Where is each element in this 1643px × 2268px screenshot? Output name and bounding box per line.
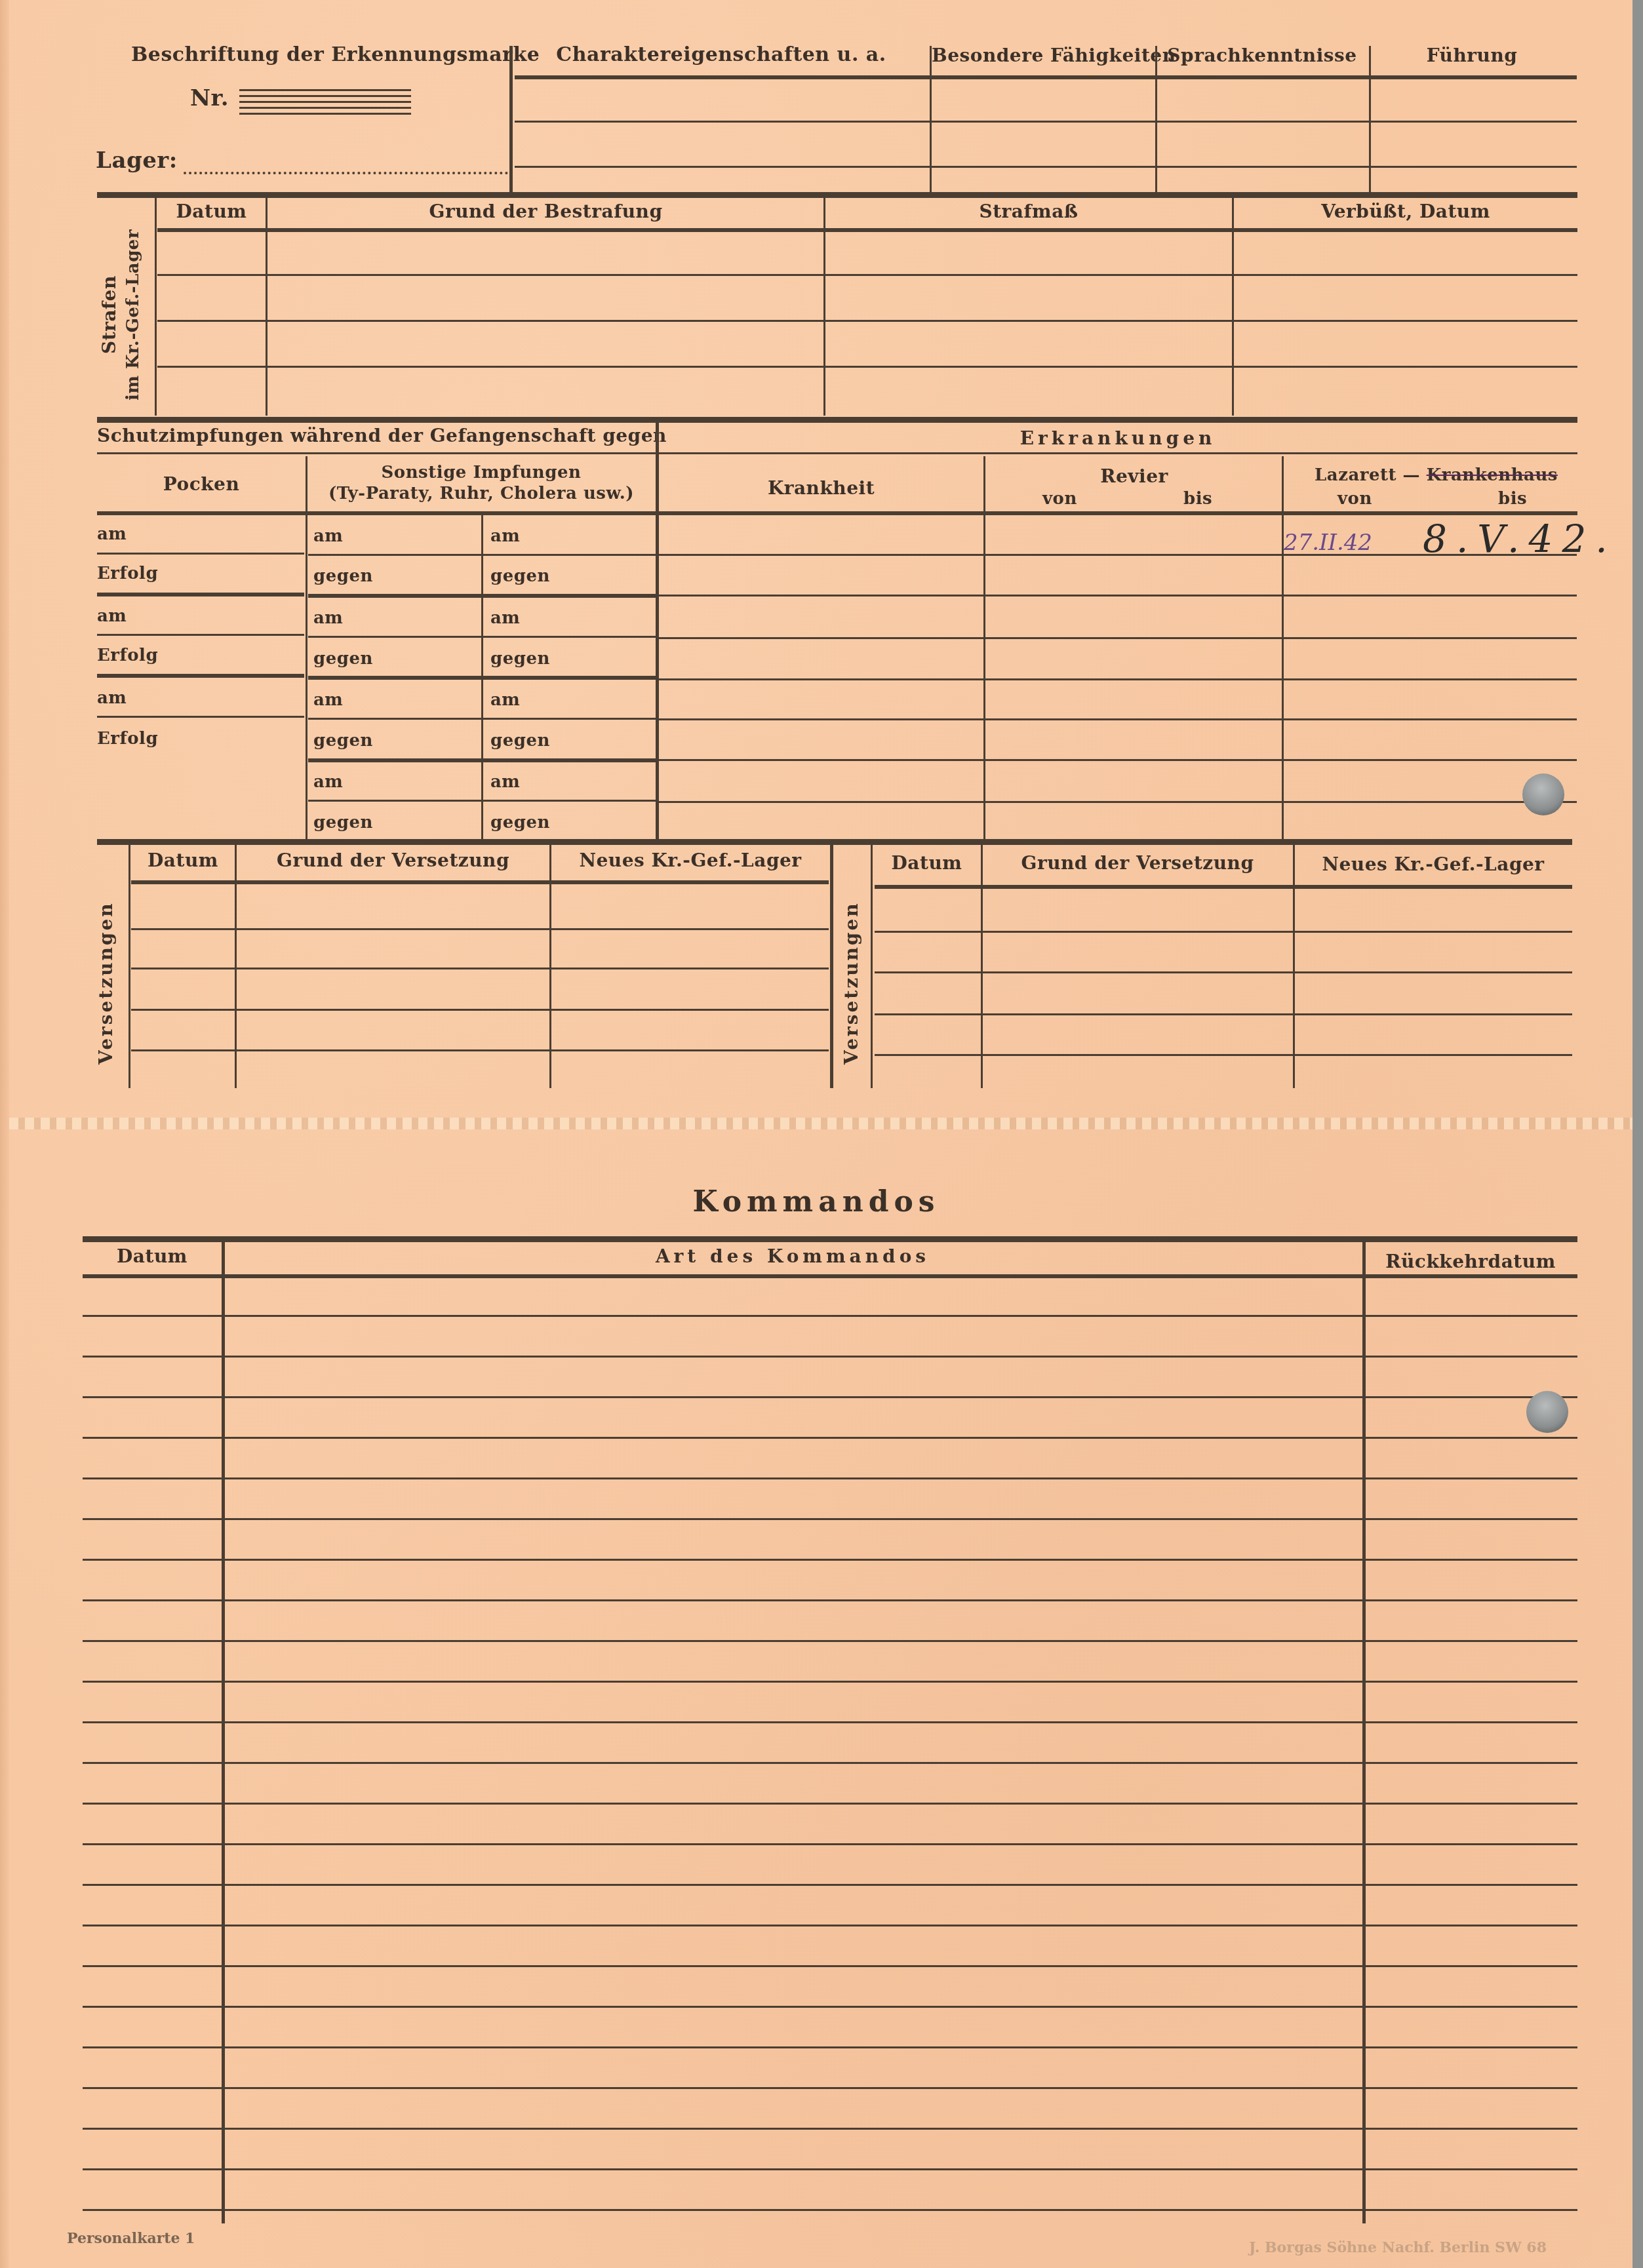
col-sonstige-impfungen-sub: (Ty-Paraty, Ruhr, Cholera usw.) <box>308 484 654 503</box>
kommandos-row-rule <box>83 2087 1577 2089</box>
rule <box>308 676 656 680</box>
col-pocken: Pocken <box>97 473 306 495</box>
kommandos-row-rule <box>83 2046 1577 2048</box>
pocken-erfolg-2: Erfolg <box>97 646 158 665</box>
strafen-table-body[interactable] <box>157 232 1577 414</box>
sonstige-a-gegen-3: gegen <box>313 731 373 751</box>
kommandos-row-rule <box>83 1396 1577 1398</box>
kommandos-row-rule <box>83 1721 1577 1723</box>
col-lazarett: Lazarett — Krankenhaus <box>1315 465 1558 485</box>
pocken-erfolg-3: Erfolg <box>97 729 158 749</box>
rule <box>308 718 656 720</box>
rule <box>308 800 656 802</box>
rule <box>97 674 304 678</box>
col-header-charakter: Charaktereigenschaften u. a. <box>511 43 931 66</box>
versetz-right-col-grund: Grund der Versetzung <box>983 852 1292 874</box>
sonstige-b-gegen-3: gegen <box>490 731 550 751</box>
scan-background-edge <box>1633 0 1643 2268</box>
charakter-field[interactable] <box>515 79 928 190</box>
kommandos-row-rule <box>83 1518 1577 1520</box>
divider <box>509 46 513 193</box>
kommandos-row-rule <box>83 2209 1577 2211</box>
sonstige-b-am-1: am <box>490 526 520 546</box>
versetz-right-col-datum: Datum <box>873 852 980 874</box>
revier-bis: bis <box>1183 489 1212 509</box>
rule <box>97 553 304 555</box>
kommandos-row-rule <box>83 1477 1577 1479</box>
kommandos-col-art: Art des Kommandos <box>224 1245 1361 1267</box>
versetzungen-side-label-right: Versetzungen <box>841 898 862 1068</box>
sonstige-a-am-2: am <box>313 608 343 628</box>
col-header-fuehrung: Führung <box>1370 45 1574 66</box>
impfungen-title: Schutzimpfungen während der Gefangenscha… <box>97 425 656 446</box>
versetz-left-col-datum: Datum <box>131 850 235 871</box>
kommandos-row-rule <box>83 1762 1577 1764</box>
punch-hole <box>1526 1391 1568 1433</box>
divider <box>830 844 832 1088</box>
kommandos-title: Kommandos <box>0 1185 1633 1219</box>
sonstige-b-gegen-4: gegen <box>490 813 550 832</box>
section-rule <box>83 1236 1577 1242</box>
divider <box>871 844 873 1088</box>
kommandos-row-rule <box>83 1681 1577 1683</box>
sonstige-b-am-2: am <box>490 608 520 628</box>
handwritten-lazarett-bis: 8.V.42. <box>1423 517 1617 561</box>
divider <box>1155 46 1157 193</box>
nr-label: Nr. <box>190 85 229 111</box>
divider <box>129 844 130 1088</box>
versetzungen-left-table-body[interactable] <box>131 885 829 1087</box>
printer-imprint: J. Borgas Söhne Nachf. Berlin SW 68 <box>1249 2239 1547 2256</box>
rule <box>97 593 304 596</box>
kommandos-row-rule <box>83 1884 1577 1886</box>
rule <box>308 758 656 762</box>
sonstige-a-am-1: am <box>313 526 343 546</box>
paper-edge-left <box>0 0 9 2268</box>
lager-label: Lager: <box>96 147 178 174</box>
kommandos-row-rule <box>83 1356 1577 1358</box>
kommandos-row-rule <box>83 2168 1577 2170</box>
col-header-faehigkeiten: Besondere Fähigkeiten <box>932 45 1155 66</box>
kommandos-row-rule <box>83 1437 1577 1439</box>
punch-hole <box>1522 773 1564 815</box>
kommandos-row-rule <box>83 1925 1577 1926</box>
kommandos-row-rule <box>83 2006 1577 2008</box>
sprachkenntnisse-field[interactable] <box>1159 79 1368 190</box>
section-rule <box>97 417 1577 423</box>
revier-von: von <box>1042 489 1077 509</box>
krankenhaus-struck-text: Krankenhaus <box>1427 465 1558 485</box>
divider <box>155 198 157 416</box>
col-sonstige-impfungen: Sonstige Impfungen <box>308 463 654 482</box>
col-krankheit: Krankheit <box>659 477 983 499</box>
versetz-left-col-grund: Grund der Versetzung <box>237 850 549 871</box>
divider <box>1369 46 1371 193</box>
sonstige-b-am-4: am <box>490 772 520 792</box>
lazarett-bis: bis <box>1498 489 1527 509</box>
kommandos-row-rule <box>83 1559 1577 1561</box>
pocken-erfolg-1: Erfolg <box>97 564 158 583</box>
sonstige-b-gegen-1: gegen <box>490 566 550 586</box>
erkrankungen-table-body[interactable] <box>659 515 1577 838</box>
section-rule <box>97 192 1577 198</box>
form-number: Personalkarte 1 <box>67 2230 195 2247</box>
kommandos-table-body[interactable] <box>79 1278 1580 2222</box>
sonstige-a-gegen-4: gegen <box>313 813 373 832</box>
lager-field[interactable] <box>184 172 508 174</box>
faehigkeiten-field[interactable] <box>934 79 1154 190</box>
kommandos-col-rueckkehr: Rückkehrdatum <box>1365 1251 1576 1272</box>
fuehrung-field[interactable] <box>1373 79 1576 190</box>
versetzungen-right-table-body[interactable] <box>875 889 1572 1087</box>
sonstige-a-am-3: am <box>313 690 343 710</box>
sonstige-a-am-4: am <box>313 772 343 792</box>
lazarett-von: von <box>1337 489 1372 509</box>
section-rule <box>97 839 1572 845</box>
handwritten-lazarett-von: 27.II.42 <box>1284 530 1372 556</box>
sonstige-b-am-3: am <box>490 690 520 710</box>
divider <box>930 46 932 193</box>
rule <box>308 594 656 598</box>
versetz-left-col-lager: Neues Kr.-Gef.-Lager <box>552 850 829 871</box>
sonstige-a-gegen-1: gegen <box>313 566 373 586</box>
versetz-right-col-lager: Neues Kr.-Gef.-Lager <box>1296 853 1571 875</box>
strafen-col-grund: Grund der Bestrafung <box>269 201 823 222</box>
erkrankungen-title: Erkrankungen <box>659 427 1577 449</box>
kommandos-row-rule <box>83 1843 1577 1845</box>
kommandos-row-rule <box>83 1803 1577 1805</box>
col-revier: Revier <box>987 465 1282 487</box>
kommandos-row-rule <box>83 1315 1577 1317</box>
rule <box>131 880 829 884</box>
kommandos-row-rule <box>83 1640 1577 1642</box>
col-header-sprachkenntnisse: Sprachkenntnisse <box>1157 45 1367 66</box>
strafen-side-label-2: im Kr.-Gef.-Lager <box>123 216 143 413</box>
rule <box>97 716 304 718</box>
sonstige-a-gegen-2: gegen <box>313 649 373 669</box>
kommandos-row-rule <box>83 1599 1577 1601</box>
nr-field[interactable] <box>239 89 411 115</box>
kommandos-row-rule <box>83 1965 1577 1967</box>
strafen-side-label: Strafen <box>98 216 120 413</box>
rule <box>97 452 1577 454</box>
rule <box>308 636 656 638</box>
pocken-am-2: am <box>97 606 127 626</box>
rule <box>97 634 304 636</box>
strafen-col-verbuesst: Verbüßt, Datum <box>1235 201 1576 222</box>
versetzungen-side-label-left: Versetzungen <box>95 898 117 1068</box>
fold-crease <box>9 1118 1633 1129</box>
pocken-am-1: am <box>97 524 127 544</box>
strafen-col-datum: Datum <box>157 201 266 222</box>
pocken-am-3: am <box>97 688 127 708</box>
kommandos-row-rule <box>83 2128 1577 2130</box>
sonstige-b-gegen-2: gegen <box>490 649 550 669</box>
rule <box>308 554 656 556</box>
erkennungsmarke-label: Beschriftung der Erkennungsmarke <box>131 43 540 66</box>
kommandos-col-datum: Datum <box>83 1245 222 1267</box>
strafen-col-strafmass: Strafmaß <box>826 201 1231 222</box>
